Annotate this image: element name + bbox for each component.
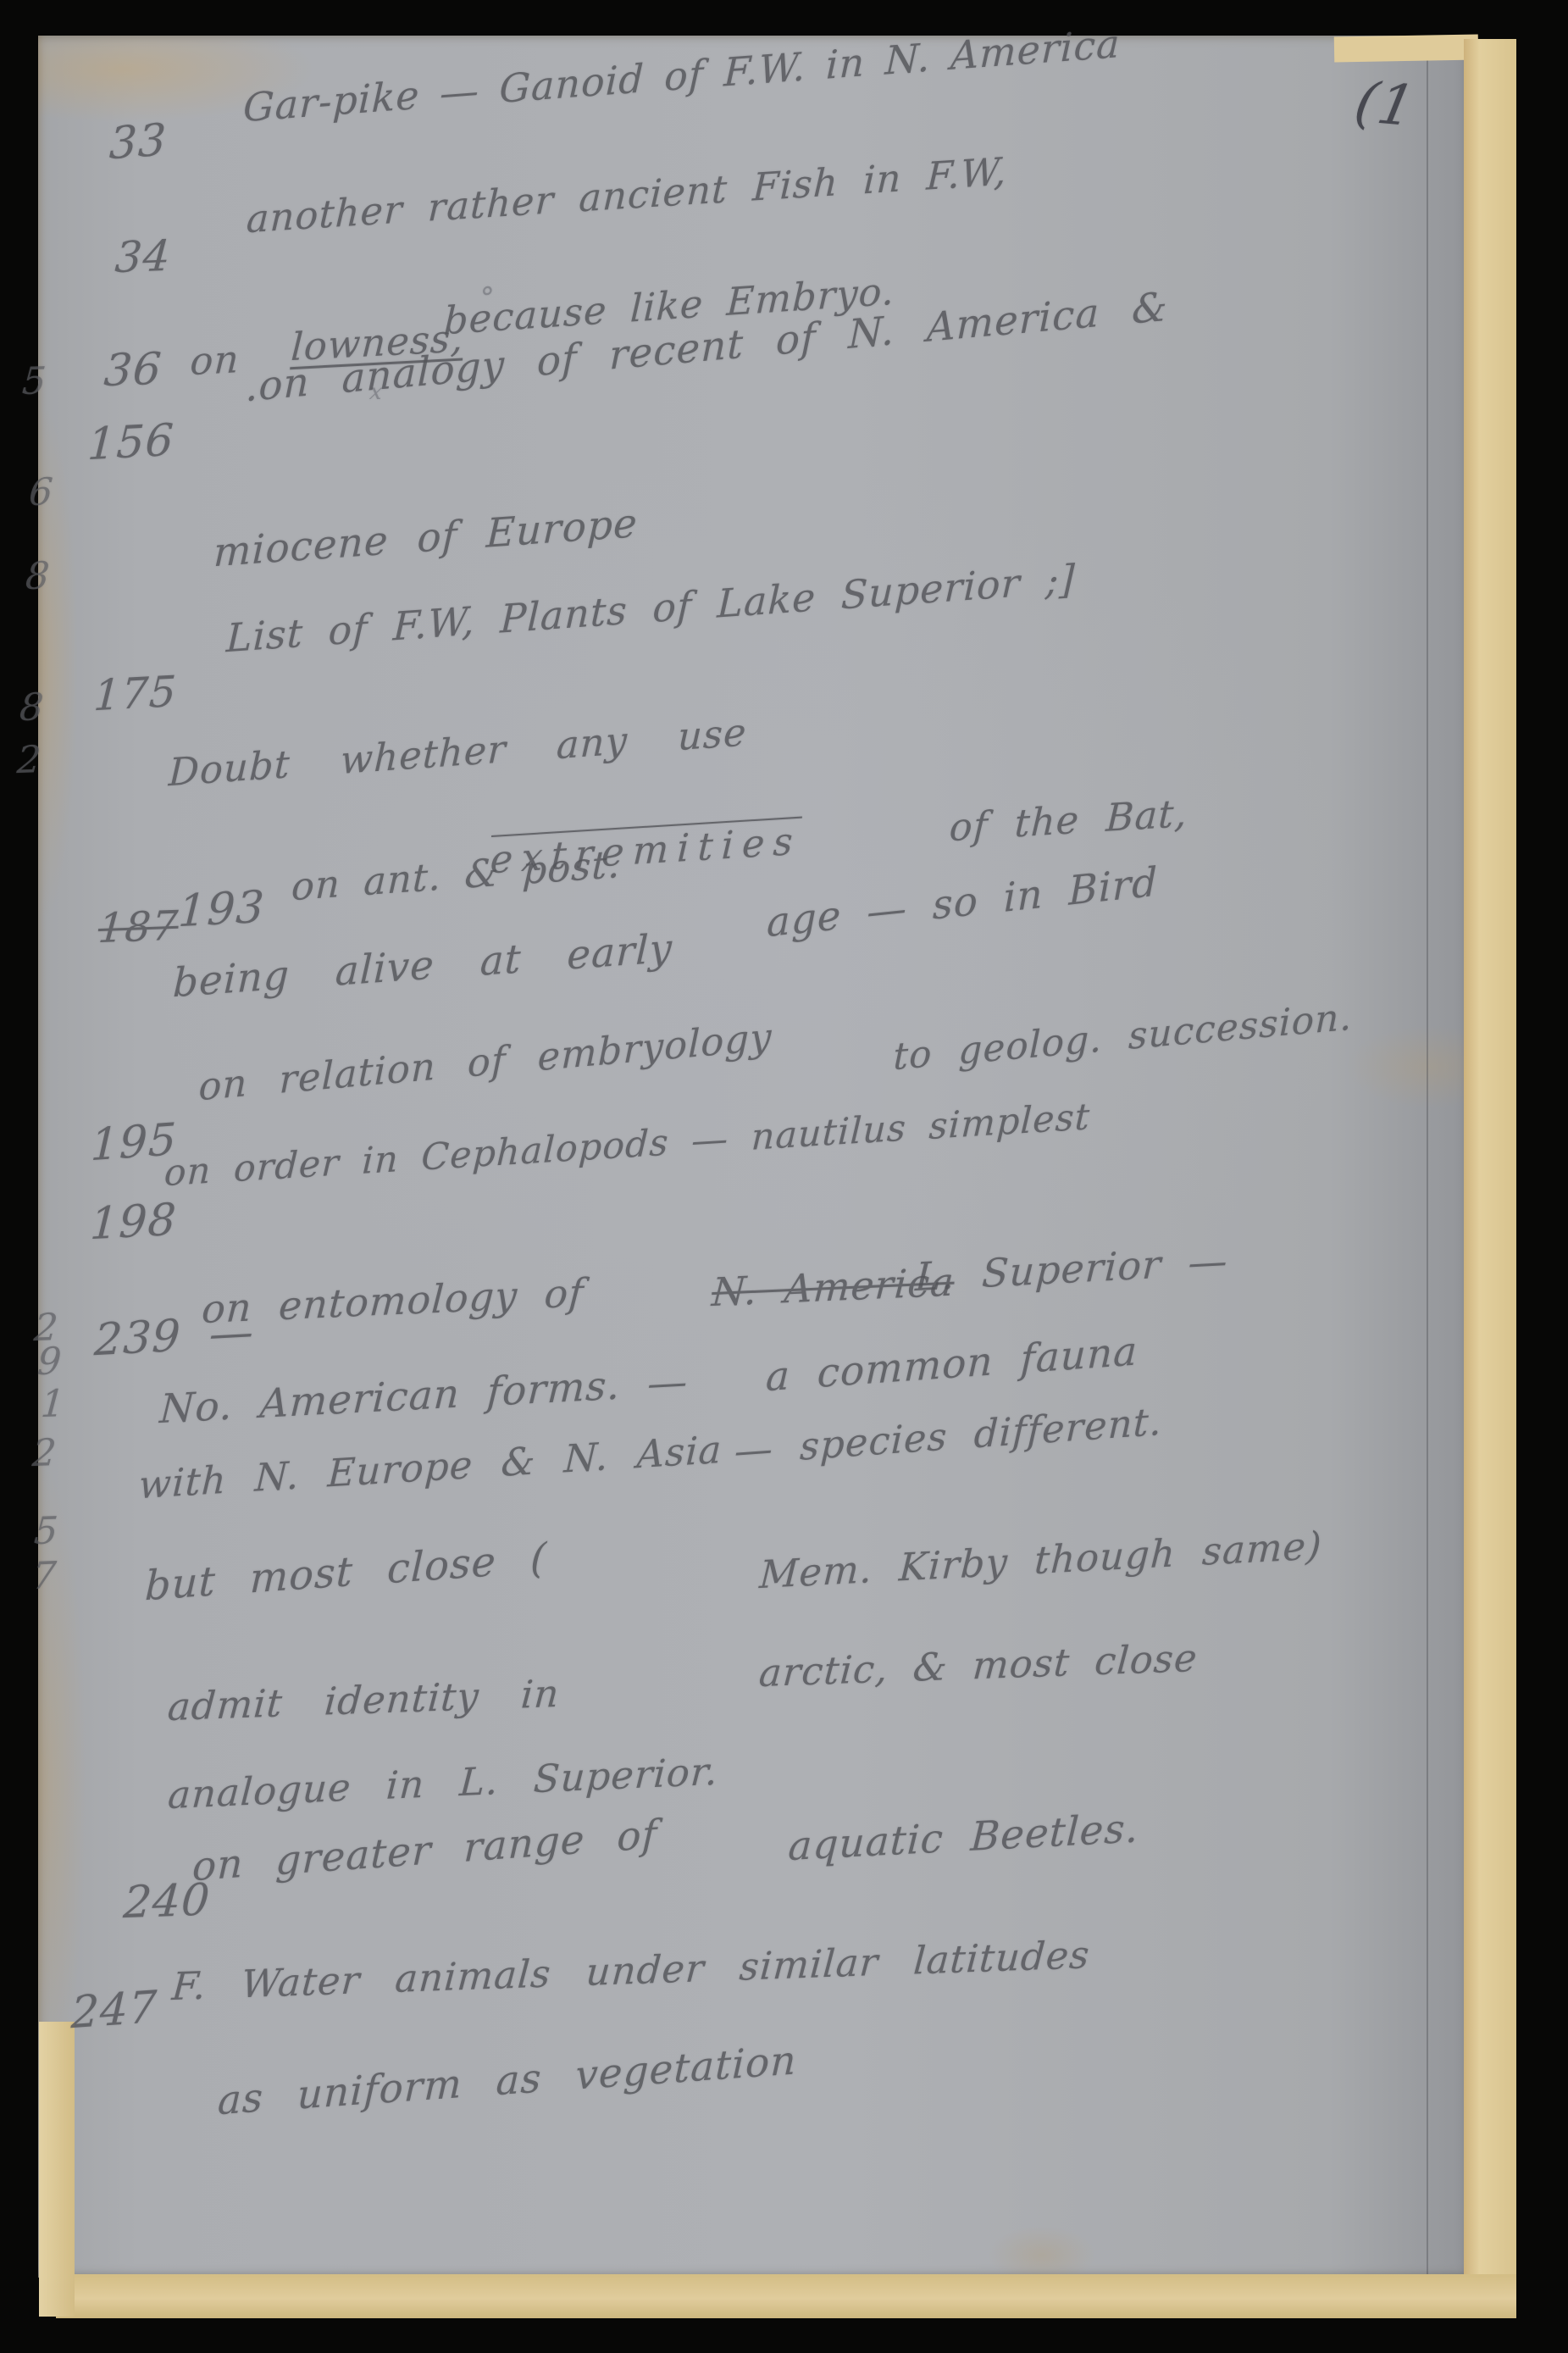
handwriting-layer: 33Gar-pike — Ganoid of F.W. in N. Americ… (0, 0, 1568, 2353)
line-text: with N. Europe & N. Asia (138, 1427, 723, 1507)
line-number: 175 (92, 667, 178, 720)
line-number: 198 (89, 1195, 178, 1251)
line-text: analogue in L. Superior. (167, 1749, 720, 1818)
line-text: aquatic Beetles. (787, 1805, 1140, 1870)
line-text: as uniform as vegetation (217, 2037, 797, 2124)
torn-edge-digit: 7 (30, 1554, 58, 1598)
page-corner-mark: (1 (1349, 69, 1421, 139)
line-text: on entomology of (201, 1269, 585, 1332)
line-text: List of F.W, Plants of Lake Superior ;] (225, 556, 1076, 661)
line-number: 34 (114, 231, 173, 282)
line-text: arctic, & most close (757, 1635, 1199, 1695)
line-text: on order in Cephalopods — nautilus simpl… (163, 1096, 1091, 1195)
line-text: admit identity in (166, 1671, 561, 1729)
scanned-manuscript-image: 33Gar-pike — Ganoid of F.W. in N. Americ… (0, 0, 1568, 2353)
line-text: but most close ( (144, 1534, 548, 1610)
line-text: Gar-pike — Ganoid of F.W. in N. America (242, 20, 1121, 130)
line-text: Mem. Kirby though same) (758, 1523, 1323, 1597)
torn-edge-digit: 5 (20, 359, 48, 403)
line-text: Doubt whether any use (168, 709, 747, 795)
line-text: F. Water animals under similar latitudes (170, 1932, 1091, 2009)
line-text: a common fauna (765, 1328, 1139, 1401)
line-text: age — so in Bird (767, 858, 1158, 946)
line-text: — species different. (734, 1399, 1163, 1474)
line-number: 193 (177, 882, 266, 938)
line-text: being alive at early (172, 925, 673, 1007)
torn-edge-digit: 2 (30, 1431, 58, 1475)
line-text: No. American forms. — (158, 1358, 690, 1433)
torn-edge-digit: 6 (27, 470, 55, 514)
line-text: on relation of embryology (198, 1014, 773, 1110)
torn-edge-digit: 8 (24, 554, 52, 598)
torn-edge-digit: 5 (32, 1509, 60, 1553)
torn-edge-digit: 2 (15, 738, 43, 782)
line-number: 33 (108, 114, 168, 169)
line-text: another rather ancient Fish in F.W, (246, 149, 1008, 242)
torn-edge-digit: 8 (18, 685, 46, 730)
line-text: extremities (490, 819, 802, 883)
line-text: on (189, 336, 241, 384)
line-text: miocene of Europe (213, 500, 639, 576)
torn-edge-digit: 9 (36, 1340, 64, 1384)
line-text: to geolog. succession. (893, 996, 1353, 1079)
torn-edge-digit: 1 (39, 1382, 67, 1426)
line-text: L. Superior — (914, 1238, 1229, 1301)
line-number: 187 (97, 902, 180, 952)
line-text: on greater range of (191, 1812, 658, 1891)
line-number: 36 (103, 344, 163, 397)
line-number: 247 (70, 1982, 158, 2039)
line-number: 156 (86, 415, 175, 471)
line-text: of the Bat, (949, 791, 1188, 850)
